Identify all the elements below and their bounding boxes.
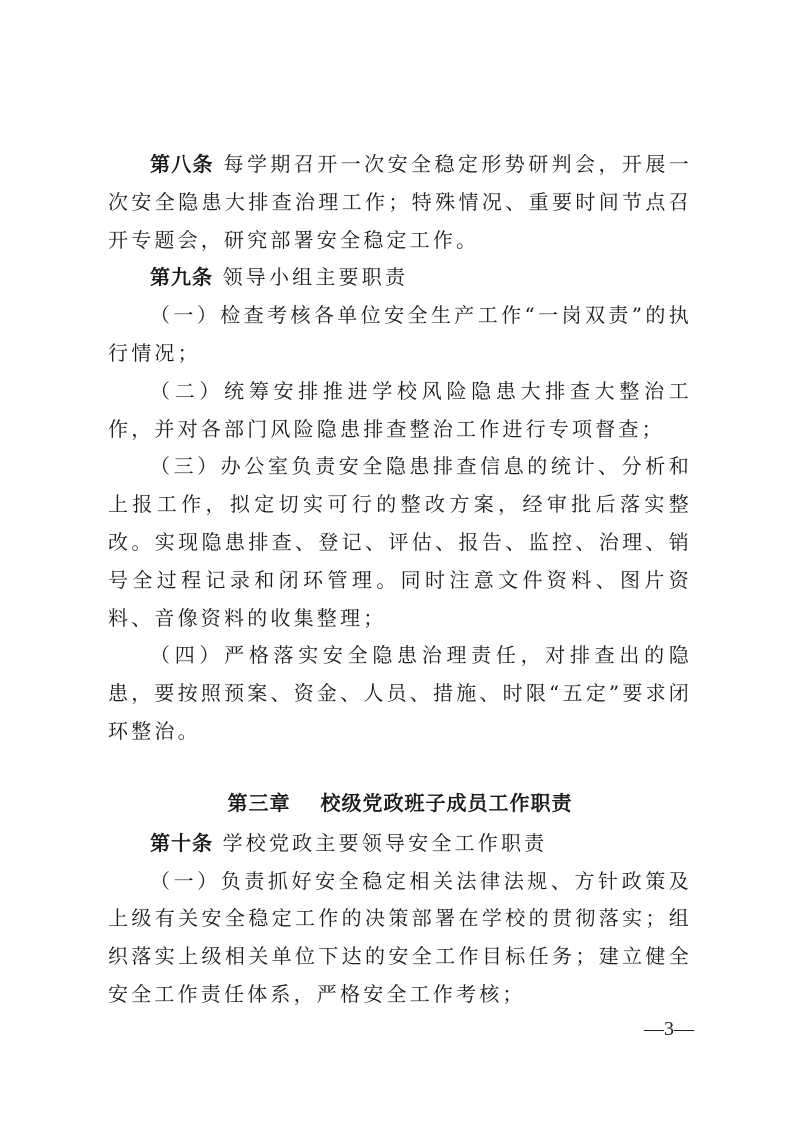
article-9-heading: 第九条 领导小组主要职责 (108, 259, 692, 297)
article-8-label: 第八条 (150, 152, 214, 176)
chapter-number: 第三章 (228, 791, 291, 815)
article-10-title: 学校党政主要领导安全工作职责 (223, 831, 548, 855)
article-9-item-2: （二）统筹安排推进学校风险隐患大排查大整治工作，并对各部门风险隐患排查整治工作进… (108, 373, 692, 449)
article-10-heading: 第十条 学校党政主要领导安全工作职责 (108, 825, 692, 863)
article-9-item-3: （三）办公室负责安全隐患排查信息的统计、分析和上报工作，拟定切实可行的整改方案，… (108, 448, 692, 637)
chapter-title: 校级党政班子成员工作职责 (321, 791, 573, 815)
page-number: —3— (644, 1018, 694, 1041)
document-body: 第八条 每学期召开一次安全稳定形势研判会，开展一次安全隐患大排查治理工作；特殊情… (108, 146, 692, 1014)
article-8: 第八条 每学期召开一次安全稳定形势研判会，开展一次安全隐患大排查治理工作；特殊情… (108, 146, 692, 259)
article-9-item-4: （四）严格落实安全隐患治理责任，对排查出的隐患，要按照预案、资金、人员、措施、时… (108, 637, 692, 750)
article-9-title: 领导小组主要职责 (223, 265, 409, 289)
chapter-heading: 第三章校级党政班子成员工作职责 (108, 783, 692, 823)
article-10-item-1: （一）负责抓好安全稳定相关法律法规、方针政策及上级有关安全稳定工作的决策部署在学… (108, 863, 692, 1014)
article-10-label: 第十条 (150, 831, 213, 855)
article-9-item-1: （一）检查考核各单位安全生产工作“一岗双责”的执行情况； (108, 297, 692, 373)
article-9-label: 第九条 (150, 265, 213, 289)
